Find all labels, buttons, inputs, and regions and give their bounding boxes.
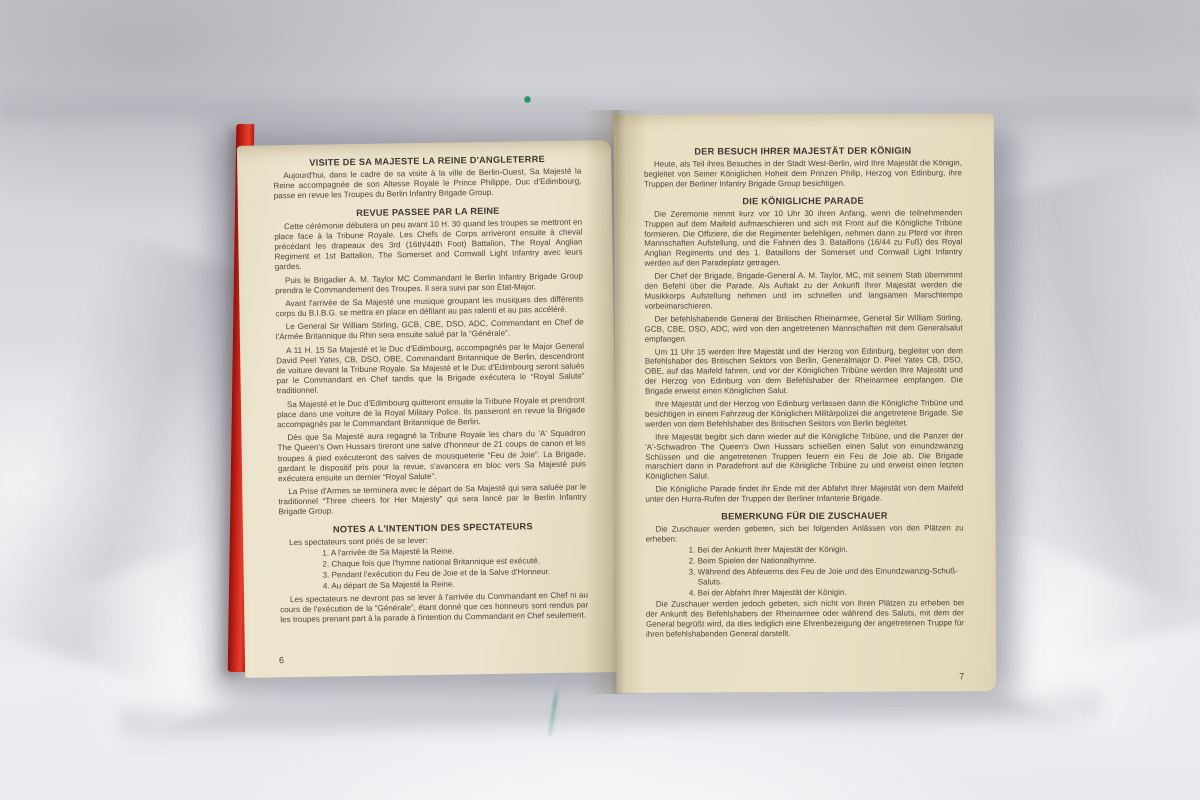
section-besuch: DER BESUCH IHRER MAJESTÄT DER KÖNIGIN He… [644,145,962,189]
paragraph: Cette cérémonie débutera un peu avant 10… [274,217,583,273]
paragraph: Der Chef der Brigade, Brigade-General A.… [644,270,962,311]
section-heading: NOTES A L'INTENTION DES SPECTATEURS [279,520,587,535]
page-left-french: VISITE DE SA MAJESTE LA REINE D'ANGLETER… [237,140,619,678]
paragraph: Die Königliche Parade findet ihr Ende mi… [645,484,963,505]
closing-paragraph: Die Zuschauer werden jedoch gebeten, sic… [646,599,964,640]
paragraph: Ihre Majestät und der Herzog von Edinbur… [645,398,963,429]
section-heading: REVUE PASSEE PAR LA REINE [274,204,582,219]
section-heading: DIE KÖNIGLICHE PARADE [644,195,962,206]
page-right-german: DER BESUCH IHRER MAJESTÄT DER KÖNIGIN He… [614,113,997,693]
section-parade: DIE KÖNIGLICHE PARADE Die Zeremonie nimm… [644,195,963,505]
paragraph: Puis le Brigadier A. M. Taylor MC Comman… [275,271,583,296]
section-heading: BEMERKUNG FÜR DIE ZUSCHAUER [645,510,963,521]
page-left-content: VISITE DE SA MAJESTE LA REINE D'ANGLETER… [237,140,618,626]
list-item: 2. Beim Spielen der Nationalhymne. [646,555,964,566]
paragraph: Heute, als Teil ihres Besuches in der St… [644,158,962,189]
page-right-content: DER BESUCH IHRER MAJESTÄT DER KÖNIGIN He… [614,113,996,640]
list-item: 3. Während des Abfeuerns des Feu de Joie… [646,566,964,587]
section-heading: VISITE DE SA MAJESTE LA REINE D'ANGLETER… [273,154,581,169]
paragraph: La Prise d'Armes se terminera avec le dé… [278,483,586,518]
paragraph: Dès que Sa Majesté aura regagné la Tribu… [277,429,586,485]
paragraph: Avant l'arrivée de Sa Majesté une musiqu… [275,294,583,319]
section-revue: REVUE PASSEE PAR LA REINE Cette cérémoni… [274,204,587,518]
section-bemerkung-zuschauer: BEMERKUNG FÜR DIE ZUSCHAUER Die Zuschaue… [645,510,964,639]
paragraph: Le General Sir William Stirling, GCB, CB… [276,318,584,343]
paragraph: Aujourd'hui, dans le cadre de sa visite … [273,167,581,202]
section-notes-spectateurs: NOTES A L'INTENTION DES SPECTATEURS Les … [279,520,589,625]
paragraph: A 11 H. 15 Sa Majesté et le Duc d'Edimbo… [276,341,585,397]
list-item: 4. Bei der Abfahrt Ihrer Majestät der Kö… [646,587,964,598]
photo-background-fabric: VISITE DE SA MAJESTE LA REINE D'ANGLETER… [0,0,1200,800]
paragraph: Um 11 Uhr 15 werden Ihre Majestät und de… [645,346,963,397]
paragraph: Ihre Majestät begibt sich dann wieder au… [645,431,963,482]
section-heading: DER BESUCH IHRER MAJESTÄT DER KÖNIGIN [644,145,962,156]
closing-paragraph: Les spectateurs ne devront pas se lever … [280,590,588,625]
list-item: 1. Bei der Ankunft Ihrer Majestät der Kö… [646,544,964,555]
paragraph: Die Zeremonie nimmt kurz vor 10 Uhr 30 i… [644,208,962,269]
section-visite: VISITE DE SA MAJESTE LA REINE D'ANGLETER… [273,154,582,202]
page-number-7: 7 [959,671,964,681]
page-number-6: 6 [279,655,284,665]
open-booklet: VISITE DE SA MAJESTE LA REINE D'ANGLETER… [228,104,1006,694]
green-ink-stain [524,96,531,103]
paragraph: Sa Majesté et le Duc d'Edimbourg quitter… [277,395,585,430]
list-intro: Die Zuschauer werden gebeten, sich bei f… [646,523,964,544]
paragraph: Der befehlshabende General der Britische… [645,313,963,344]
